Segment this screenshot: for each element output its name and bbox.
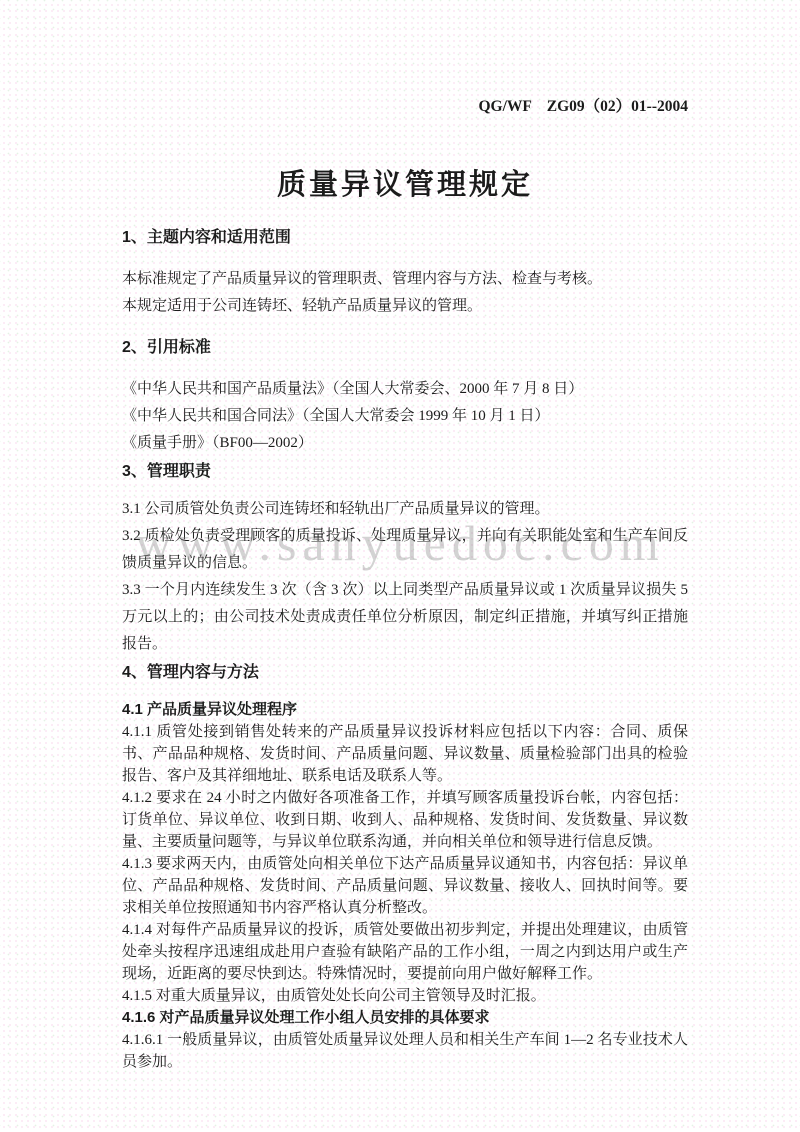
paragraph: 本规定适用于公司连铸坯、轻轨产品质量异议的管理。 [122, 293, 688, 320]
document-code: QG/WF ZG09（02）01--2004 [122, 98, 688, 115]
paragraph: 4.1.5 对重大质量异议，由质管处处长向公司主管领导及时汇报。 [122, 985, 688, 1007]
section-heading-methods: 4、管理内容与方法 [122, 661, 688, 685]
paragraph: 4.1.2 要求在 24 小时之内做好各项准备工作，并填写顾客质量投诉台帐，内容… [122, 787, 688, 853]
subsection-heading-procedure: 4.1 产品质量异议处理程序 [122, 699, 688, 721]
paragraph: 3.2 质检处负责受理顾客的质量投诉、处理质量异议，并向有关职能处室和生产车间反… [122, 523, 688, 577]
document-page: QG/WF ZG09（02）01--2004 质量异议管理规定 1、主题内容和适… [0, 0, 800, 1132]
section-heading-responsibilities: 3、管理职责 [122, 460, 688, 484]
section-methods: 4、管理内容与方法 4.1 产品质量异议处理程序 4.1.1 质管处接到销售处转… [122, 661, 688, 1073]
paragraph: 《质量手册》（BF00—2002） [122, 430, 688, 457]
section-heading-scope: 1、主题内容和适用范围 [122, 226, 688, 250]
paragraph: 4.1.3 要求两天内，由质管处向相关单位下达产品质量异议通知书，内容包括：异议… [122, 853, 688, 919]
paragraph: 本标准规定了产品质量异议的管理职责、管理内容与方法、检查与考核。 [122, 266, 688, 293]
paragraph: 4.1.6.1 一般质量异议，由质管处质量异议处理人员和相关生产车间 1—2 名… [122, 1029, 688, 1073]
paragraph: 《中华人民共和国合同法》（全国人大常委会 1999 年 10 月 1 日） [122, 403, 688, 430]
section-scope: 1、主题内容和适用范围 本标准规定了产品质量异议的管理职责、管理内容与方法、检查… [122, 226, 688, 320]
section-heading-references: 2、引用标准 [122, 336, 688, 360]
document-title: 质量异议管理规定 [122, 165, 688, 205]
paragraph: 《中华人民共和国产品质量法》（全国人大常委会、2000 年 7 月 8 日） [122, 376, 688, 403]
paragraph: 3.3 一个月内连续发生 3 次（含 3 次）以上同类型产品质量异议或 1 次质… [122, 577, 688, 658]
section-responsibilities: 3、管理职责 3.1 公司质管处负责公司连铸坯和轻轨出厂产品质量异议的管理。 3… [122, 460, 688, 658]
subsection-heading-team-requirements: 4.1.6 对产品质量异议处理工作小组人员安排的具体要求 [122, 1007, 688, 1029]
paragraph: 4.1.4 对每件产品质量异议的投诉，质管处要做出初步判定，并提出处理建议，由质… [122, 919, 688, 985]
paragraph: 3.1 公司质管处负责公司连铸坯和轻轨出厂产品质量异议的管理。 [122, 496, 688, 523]
paragraph: 4.1.1 质管处接到销售处转来的产品质量异议投诉材料应包括以下内容：合同、质保… [122, 721, 688, 787]
section-references: 2、引用标准 《中华人民共和国产品质量法》（全国人大常委会、2000 年 7 月… [122, 336, 688, 457]
